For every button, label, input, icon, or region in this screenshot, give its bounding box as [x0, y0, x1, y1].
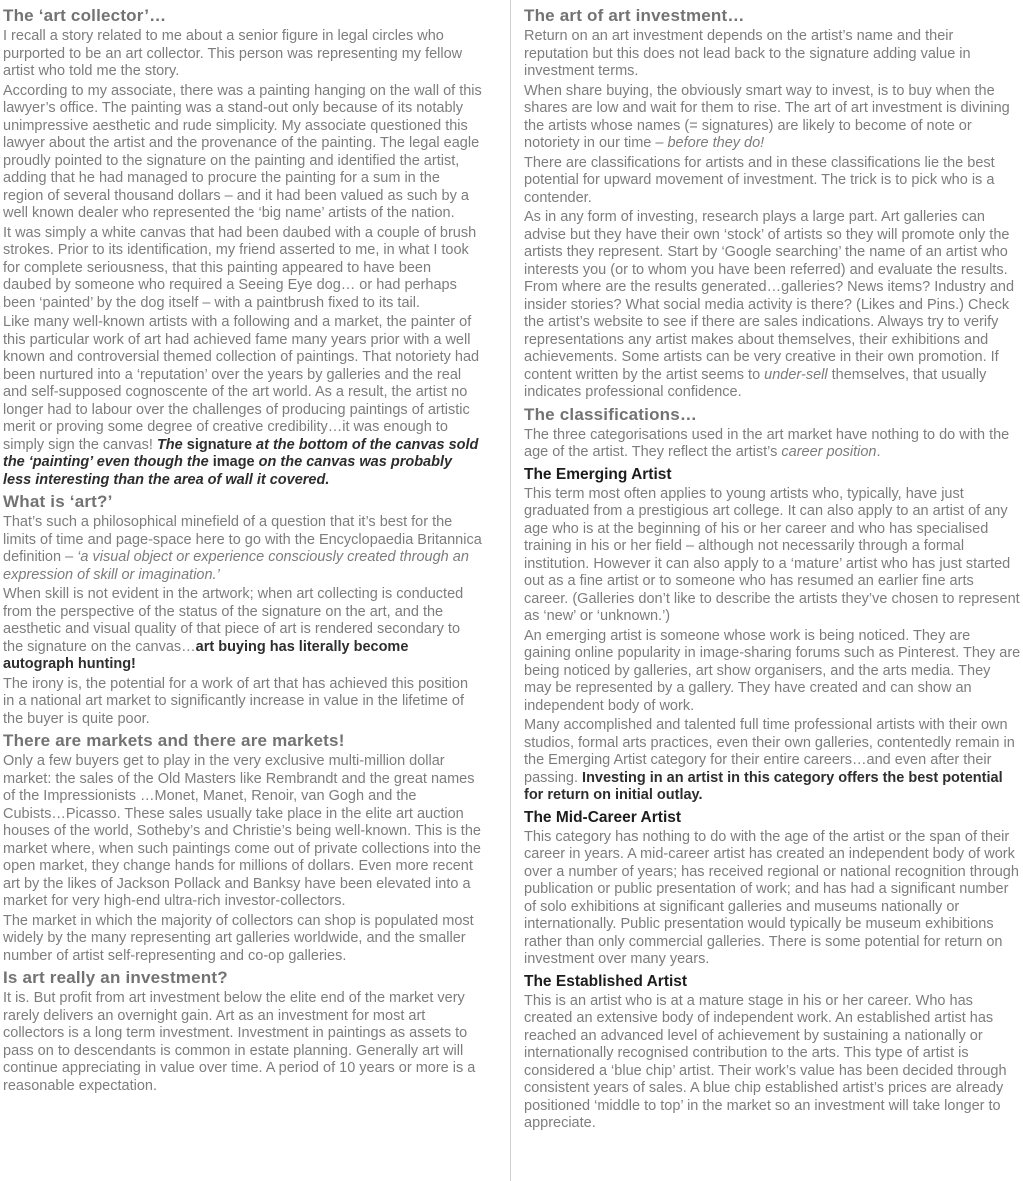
text-run: There are classifications for artists an…: [524, 155, 995, 206]
text-run: Like many well-known artists with a foll…: [3, 314, 479, 453]
text-run: The classifications…: [524, 405, 697, 424]
paragraph: Only a few buyers get to play in the ver…: [3, 753, 483, 911]
text-run: The irony is, the potential for a work o…: [3, 676, 468, 727]
heading: There are markets and there are markets!: [3, 731, 483, 751]
paragraph: According to my associate, there was a p…: [3, 83, 483, 223]
text-run: signature: [187, 437, 252, 453]
text-run: Investing in an artist in this category …: [524, 770, 1003, 804]
heading: What is ‘art?’: [3, 492, 483, 512]
text-run: There are markets and there are markets!: [3, 731, 345, 750]
paragraph: This term most often applies to young ar…: [524, 486, 1021, 626]
text-run: The Established Artist: [524, 973, 687, 990]
article-page: The ‘art collector’…I recall a story rel…: [0, 0, 1023, 1181]
text-run: The Emerging Artist: [524, 466, 672, 483]
text-run: As in any form of investing, research pl…: [524, 209, 1014, 383]
heading: The classifications…: [524, 405, 1021, 425]
text-run: This term most often applies to young ar…: [524, 486, 1020, 625]
heading: The ‘art collector’…: [3, 6, 483, 26]
paragraph: As in any form of investing, research pl…: [524, 209, 1021, 402]
text-run: It was simply a white canvas that had be…: [3, 225, 476, 311]
text-run: Only a few buyers get to play in the ver…: [3, 753, 481, 909]
paragraph: Like many well-known artists with a foll…: [3, 314, 483, 489]
text-run: What is ‘art?’: [3, 492, 113, 511]
paragraph: That’s such a philosophical minefield of…: [3, 514, 483, 584]
paragraph: This is an artist who is at a mature sta…: [524, 993, 1021, 1133]
text-run: Is art really an investment?: [3, 968, 228, 987]
paragraph: When skill is not evident in the artwork…: [3, 586, 483, 674]
paragraph: An emerging artist is someone whose work…: [524, 628, 1021, 716]
paragraph: This category has nothing to do with the…: [524, 829, 1021, 969]
paragraph: I recall a story related to me about a s…: [3, 28, 483, 81]
paragraph: The three categorisations used in the ar…: [524, 427, 1021, 462]
paragraph: There are classifications for artists an…: [524, 155, 1021, 208]
article-column-right: The art of art investment…Return on an a…: [511, 0, 1023, 1181]
subheading: The Established Artist: [524, 972, 1021, 991]
subheading: The Mid-Career Artist: [524, 808, 1021, 827]
text-run: The: [157, 437, 187, 453]
subheading: The Emerging Artist: [524, 465, 1021, 484]
paragraph: When share buying, the obviously smart w…: [524, 83, 1021, 153]
paragraph: The market in which the majority of coll…: [3, 913, 483, 966]
text-run: An emerging artist is someone whose work…: [524, 628, 1020, 714]
text-run: career position: [781, 444, 876, 460]
text-run: before they do!: [667, 135, 764, 151]
text-run: The three categorisations used in the ar…: [524, 427, 1009, 461]
text-run: .: [876, 444, 880, 460]
text-run: image: [213, 454, 255, 470]
text-run: This category has nothing to do with the…: [524, 829, 1019, 968]
article-column-left: The ‘art collector’…I recall a story rel…: [0, 0, 510, 1181]
text-run: This is an artist who is at a mature sta…: [524, 993, 1007, 1132]
text-run: The art of art investment…: [524, 6, 745, 25]
text-run: I recall a story related to me about a s…: [3, 28, 462, 79]
text-run: under-sell: [764, 367, 827, 383]
text-run: The market in which the majority of coll…: [3, 913, 474, 964]
text-run: The ‘art collector’…: [3, 6, 166, 25]
heading: Is art really an investment?: [3, 968, 483, 988]
heading: The art of art investment…: [524, 6, 1021, 26]
text-run: When share buying, the obviously smart w…: [524, 83, 1010, 152]
paragraph: The irony is, the potential for a work o…: [3, 676, 483, 729]
paragraph: It is. But profit from art investment be…: [3, 990, 483, 1095]
text-run: Return on an art investment depends on t…: [524, 28, 971, 79]
text-run: According to my associate, there was a p…: [3, 83, 482, 222]
paragraph: Many accomplished and talented full time…: [524, 717, 1021, 805]
text-run: It is. But profit from art investment be…: [3, 990, 475, 1094]
paragraph: It was simply a white canvas that had be…: [3, 225, 483, 313]
text-run: The Mid-Career Artist: [524, 809, 681, 826]
paragraph: Return on an art investment depends on t…: [524, 28, 1021, 81]
